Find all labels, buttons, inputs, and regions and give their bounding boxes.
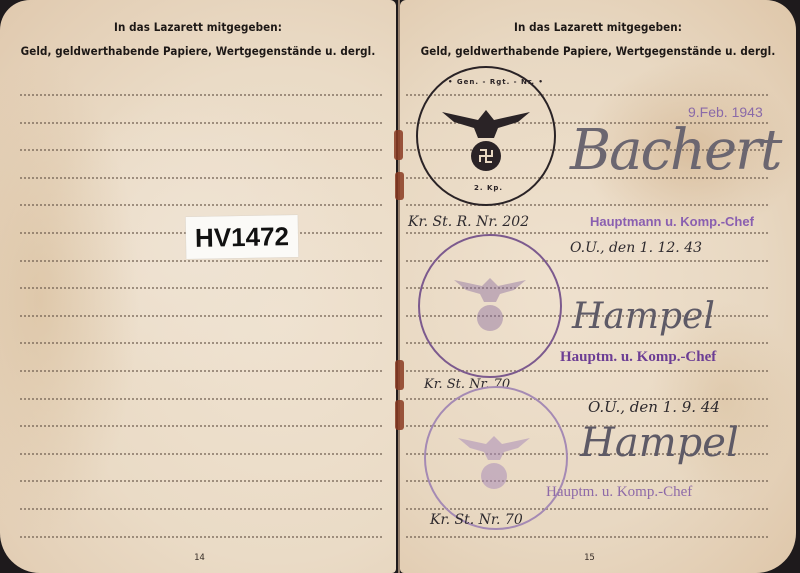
dotted-rule <box>20 398 382 400</box>
dotted-rule <box>406 232 768 234</box>
dotted-rule <box>20 508 382 510</box>
dotted-rule <box>20 342 382 344</box>
unit-stamp-black: • Gen. - Rgt. - Nr. • 2. Kp. <box>416 66 556 206</box>
eagle-emblem-icon <box>450 264 530 344</box>
page-number-left: 14 <box>194 553 205 563</box>
dotted-rule <box>20 149 382 151</box>
signature-hampel-1: Hampel <box>572 296 715 337</box>
dotted-rule <box>20 370 382 372</box>
stamp-text-top: • Gen. - Rgt. - Nr. • <box>448 78 544 86</box>
dotted-rule <box>406 536 768 538</box>
dotted-rule <box>20 453 382 455</box>
signature-bachert: Bachert <box>570 118 780 183</box>
header-line-1: In das Lazarett mitgegeben: <box>0 20 396 34</box>
right-page: In das Lazarett mitgegeben: Geld, geldwe… <box>400 0 796 573</box>
dotted-rule <box>20 260 382 262</box>
header-line-2: Geld, geldwerthabende Papiere, Wertgegen… <box>0 44 396 58</box>
dotted-rule <box>20 315 382 317</box>
title-stamp-1: Hauptmann u. Komp.-Chef <box>590 214 754 229</box>
dotted-rule <box>20 204 382 206</box>
staple-rust-mark <box>395 360 404 390</box>
dotted-rule <box>20 425 382 427</box>
dotted-rule <box>20 94 382 96</box>
staple-rust-mark <box>395 400 404 430</box>
eagle-emblem-icon <box>438 98 534 178</box>
header-line-1: In das Lazarett mitgegeben: <box>400 20 796 34</box>
title-stamp-3: Hauptm. u. Komp.-Chef <box>546 484 692 501</box>
signature-hampel-2: Hampel <box>580 420 739 466</box>
dotted-rule <box>20 287 382 289</box>
title-stamp-2: Hauptm. u. Komp.-Chef <box>560 349 716 366</box>
staple-rust-mark <box>394 130 403 160</box>
eagle-emblem-icon <box>454 422 534 502</box>
inventory-label: HV1472 <box>186 215 299 259</box>
stamp-text-bottom: 2. Kp. <box>474 184 503 192</box>
left-page: In das Lazarett mitgegeben: Geld, geldwe… <box>0 0 396 573</box>
dotted-rule <box>20 536 382 538</box>
entry-3-reference: Kr. St. Nr. 70 <box>430 512 523 528</box>
staple-rust-mark <box>395 172 404 200</box>
unit-stamp-purple-2 <box>424 386 568 530</box>
entry-2-place-date: O.U., den 1. 9. 44 <box>588 398 720 416</box>
dotted-rule <box>20 177 382 179</box>
dotted-rule <box>20 122 382 124</box>
entry-1-place-date: O.U., den 1. 12. 43 <box>570 240 702 256</box>
page-number-right: 15 <box>584 553 595 563</box>
header-line-2: Geld, geldwerthabende Papiere, Wertgegen… <box>400 44 796 58</box>
entry-1-reference: Kr. St. R. Nr. 202 <box>408 214 529 230</box>
unit-stamp-purple-1 <box>418 234 562 378</box>
book-spine <box>384 0 416 573</box>
dotted-rule <box>20 480 382 482</box>
dotted-rule <box>406 204 768 206</box>
